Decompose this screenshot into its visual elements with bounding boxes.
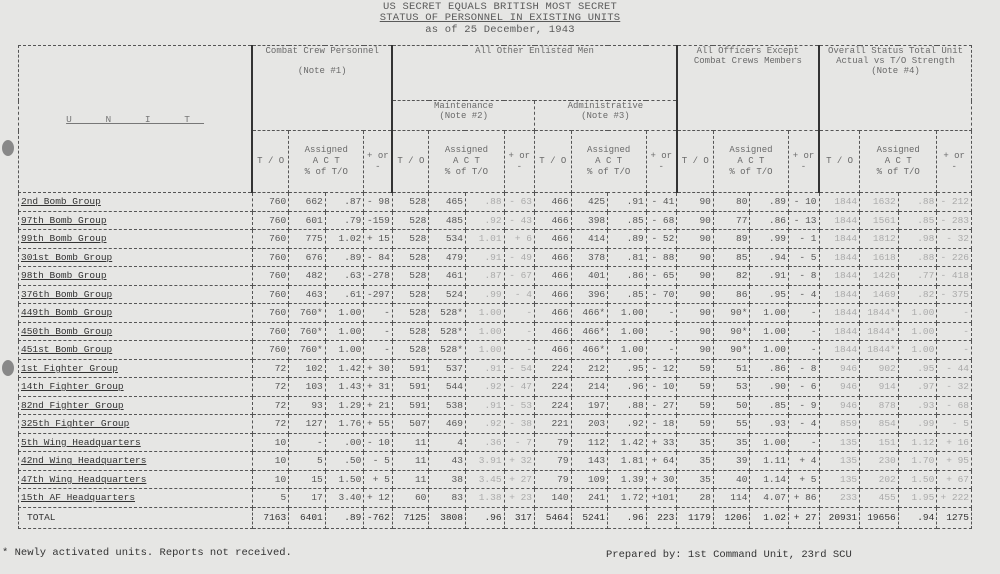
ad-pct-cell: .81 xyxy=(608,248,647,267)
of-to-cell: 59 xyxy=(677,396,714,415)
mt-pct-cell: .99 xyxy=(465,285,504,304)
unit-name: 5th Wing Headquarters xyxy=(19,433,253,452)
ad-diff-cell: - 65 xyxy=(646,267,677,286)
cc-actual-cell: 482 xyxy=(289,267,326,286)
mt-diff-cell: + 23 xyxy=(504,489,534,508)
of-actual-cell: 35 xyxy=(713,433,750,452)
mt-actual-cell: 461 xyxy=(429,267,466,286)
ov-to-cell: 946 xyxy=(819,359,860,378)
document-header: US SECRET EQUALS BRITISH MOST SECRET STA… xyxy=(0,2,1000,36)
cc-actual-cell: 17 xyxy=(289,489,326,508)
ov-assigned-header: AssignedA C T% of T/O xyxy=(860,131,937,193)
cc-actual-cell: 760* xyxy=(289,322,326,341)
mt-pct-cell: .91 xyxy=(465,248,504,267)
table-row: 97th Bomb Group760601.79-159528485.92- 4… xyxy=(19,211,972,230)
cc-to-cell: 760 xyxy=(252,248,289,267)
cc-to-cell: 760 xyxy=(252,193,289,212)
mt-actual-cell: 3808 xyxy=(429,507,466,528)
mt-pct-cell: 3.45 xyxy=(465,470,504,489)
mt-diff-cell: - 43 xyxy=(504,211,534,230)
ov-diff-cell: - 418 xyxy=(937,267,972,286)
cc-to-cell: 10 xyxy=(252,470,289,489)
ad-actual-cell: 112 xyxy=(571,433,608,452)
ad-to-cell: 79 xyxy=(535,470,572,489)
ad-to-cell: 466 xyxy=(535,322,572,341)
ov-actual-cell: 878 xyxy=(860,396,899,415)
ov-diff-cell: - 375 xyxy=(937,285,972,304)
of-to-header: T / O xyxy=(677,131,714,193)
ov-diff-header: + or - xyxy=(937,131,972,193)
ov-to-cell: 1844 xyxy=(819,341,860,360)
ad-to-cell: 466 xyxy=(535,230,572,249)
mt-diff-cell: - 63 xyxy=(504,193,534,212)
ad-pct-cell: .96 xyxy=(608,507,647,528)
cc-pct-cell: .63 xyxy=(325,267,364,286)
ad-diff-cell: - 18 xyxy=(646,415,677,434)
of-actual-cell: 39 xyxy=(713,452,750,471)
unit-name: 42nd Wing Headquarters xyxy=(19,452,253,471)
ad-to-cell: 224 xyxy=(535,359,572,378)
ov-to-cell: 135 xyxy=(819,452,860,471)
mt-to-cell: 11 xyxy=(392,433,429,452)
personnel-status-table: U N I T Combat Crew Personnel(Note #1) A… xyxy=(18,45,972,529)
cc-to-cell: 72 xyxy=(252,359,289,378)
of-to-cell: 59 xyxy=(677,359,714,378)
mt-actual-cell: 537 xyxy=(429,359,466,378)
ad-to-header: T / O xyxy=(535,131,572,193)
ad-to-cell: 466 xyxy=(535,285,572,304)
of-actual-cell: 90* xyxy=(713,322,750,341)
mt-pct-cell: 1.00 xyxy=(465,304,504,323)
of-to-cell: 90 xyxy=(677,230,714,249)
cc-diff-cell: + 21 xyxy=(364,396,392,415)
ov-actual-cell: 1618 xyxy=(860,248,899,267)
cc-diff-cell: -159 xyxy=(364,211,392,230)
of-pct-cell: .86 xyxy=(750,359,789,378)
cc-pct-cell: 1.43 xyxy=(325,378,364,397)
ov-diff-cell: + 222 xyxy=(937,489,972,508)
cc-pct-cell: 1.00 xyxy=(325,322,364,341)
ad-diff-cell: + 30 xyxy=(646,470,677,489)
footnote: * Newly activated units. Reports not rec… xyxy=(2,547,292,559)
cc-diff-cell: + 31 xyxy=(364,378,392,397)
mt-pct-cell: .96 xyxy=(465,507,504,528)
ad-to-cell: 221 xyxy=(535,415,572,434)
mt-to-header: T / O xyxy=(392,131,429,193)
cc-diff-cell: - xyxy=(364,304,392,323)
of-to-cell: 90 xyxy=(677,341,714,360)
table-row: 98th Bomb Group760482.63-278528461.87- 6… xyxy=(19,267,972,286)
ov-diff-cell: - 5 xyxy=(937,415,972,434)
of-diff-cell: - 8 xyxy=(789,267,820,286)
cc-diff-cell: + 12 xyxy=(364,489,392,508)
table-row: 376th Bomb Group760463.61-297528524.99- … xyxy=(19,285,972,304)
cc-pct-cell: .00 xyxy=(325,433,364,452)
cc-actual-cell: 463 xyxy=(289,285,326,304)
ov-diff-cell: + 67 xyxy=(937,470,972,489)
ov-pct-cell: 1.00 xyxy=(898,322,937,341)
cc-pct-cell: 1.02 xyxy=(325,230,364,249)
unit-name: 449th Bomb Group xyxy=(19,304,253,323)
cc-to-cell: 72 xyxy=(252,396,289,415)
mt-actual-cell: 4 xyxy=(429,433,466,452)
of-diff-cell: - 4 xyxy=(789,285,820,304)
cc-to-cell: 5 xyxy=(252,489,289,508)
mt-pct-cell: 1.00 xyxy=(465,322,504,341)
mt-to-cell: 528 xyxy=(392,267,429,286)
of-actual-cell: 86 xyxy=(713,285,750,304)
ad-actual-cell: 466* xyxy=(571,304,608,323)
cc-actual-cell: 601 xyxy=(289,211,326,230)
mt-diff-cell: - 4 xyxy=(504,285,534,304)
ov-to-cell: 1844 xyxy=(819,230,860,249)
ov-to-header: T / O xyxy=(819,131,860,193)
of-diff-cell: + 4 xyxy=(789,452,820,471)
ad-actual-cell: 143 xyxy=(571,452,608,471)
ad-to-cell: 224 xyxy=(535,378,572,397)
ov-diff-cell: + 95 xyxy=(937,452,972,471)
ov-actual-cell: 1844* xyxy=(860,322,899,341)
mt-diff-cell: - 53 xyxy=(504,396,534,415)
ad-diff-cell: - 10 xyxy=(646,378,677,397)
ad-to-cell: 466 xyxy=(535,267,572,286)
punch-hole-top xyxy=(2,140,14,156)
combat-crew-header: Combat Crew Personnel(Note #1) xyxy=(252,46,392,131)
table-row: 5th Wing Headquarters10-.00- 10114.36- 7… xyxy=(19,433,972,452)
table-row: 15th AF Headquarters5173.40+ 1260831.38+… xyxy=(19,489,972,508)
ad-pct-cell: 1.39 xyxy=(608,470,647,489)
of-pct-cell: 1.00 xyxy=(750,433,789,452)
ad-to-cell: 5464 xyxy=(535,507,572,528)
of-to-cell: 90 xyxy=(677,248,714,267)
ov-diff-cell: - xyxy=(937,304,972,323)
ad-diff-cell: - 70 xyxy=(646,285,677,304)
mt-pct-cell: 1.00 xyxy=(465,341,504,360)
of-to-cell: 59 xyxy=(677,415,714,434)
ov-pct-cell: .77 xyxy=(898,267,937,286)
of-actual-cell: 55 xyxy=(713,415,750,434)
cc-to-cell: 10 xyxy=(252,452,289,471)
unit-name: TOTAL xyxy=(19,507,253,528)
ov-to-cell: 1844 xyxy=(819,304,860,323)
ov-to-cell: 1844 xyxy=(819,285,860,304)
mt-pct-cell: 1.01 xyxy=(465,230,504,249)
ad-pct-cell: .86 xyxy=(608,267,647,286)
ov-actual-cell: 902 xyxy=(860,359,899,378)
cc-diff-cell: - 5 xyxy=(364,452,392,471)
maintenance-header: Maintenance(Note #2) xyxy=(392,101,534,131)
mt-to-cell: 7125 xyxy=(392,507,429,528)
ad-actual-cell: 109 xyxy=(571,470,608,489)
ad-to-cell: 466 xyxy=(535,193,572,212)
of-assigned-header: AssignedA C T% of T/O xyxy=(713,131,788,193)
mt-to-cell: 507 xyxy=(392,415,429,434)
of-actual-cell: 80 xyxy=(713,193,750,212)
table-row: 450th Bomb Group760760*1.00-528528*1.00-… xyxy=(19,322,972,341)
of-pct-cell: .90 xyxy=(750,378,789,397)
of-pct-cell: .93 xyxy=(750,415,789,434)
cc-actual-cell: 15 xyxy=(289,470,326,489)
of-diff-cell: - 1 xyxy=(789,230,820,249)
ov-to-cell: 233 xyxy=(819,489,860,508)
prepared-by: Prepared by: 1st Command Unit, 23rd SCU xyxy=(606,549,852,561)
table-row: 14th Fighter Group721031.43+ 31591544.92… xyxy=(19,378,972,397)
ov-pct-cell: .97 xyxy=(898,378,937,397)
of-pct-cell: .99 xyxy=(750,230,789,249)
ad-pct-cell: 1.42 xyxy=(608,433,647,452)
ov-diff-cell: + 16 xyxy=(937,433,972,452)
administrative-header: Administrative(Note #3) xyxy=(535,101,677,131)
mt-to-cell: 528 xyxy=(392,285,429,304)
ov-actual-cell: 854 xyxy=(860,415,899,434)
table-row: 82nd Fighter Group72931.29+ 21591538.91-… xyxy=(19,396,972,415)
overall-status-header: Overall Status Total Unit Actual vs T/O … xyxy=(819,46,971,131)
cc-pct-cell: 1.76 xyxy=(325,415,364,434)
ov-diff-cell: - xyxy=(937,341,972,360)
mt-diff-cell: - 38 xyxy=(504,415,534,434)
ad-to-cell: 140 xyxy=(535,489,572,508)
ov-pct-cell: 1.50 xyxy=(898,470,937,489)
ad-actual-cell: 212 xyxy=(571,359,608,378)
table-row: 99th Bomb Group7607751.02+ 155285341.01+… xyxy=(19,230,972,249)
ov-pct-cell: .93 xyxy=(898,396,937,415)
unit-column-header: U N I T xyxy=(19,46,253,193)
cc-to-cell: 72 xyxy=(252,415,289,434)
ov-actual-cell: 1469 xyxy=(860,285,899,304)
cc-diff-cell: - 10 xyxy=(364,433,392,452)
mt-pct-cell: .36 xyxy=(465,433,504,452)
ad-pct-cell: 1.00 xyxy=(608,322,647,341)
unit-name: 14th Fighter Group xyxy=(19,378,253,397)
ad-to-cell: 466 xyxy=(535,341,572,360)
mt-pct-cell: .91 xyxy=(465,396,504,415)
mt-pct-cell: .92 xyxy=(465,378,504,397)
ad-pct-cell: 1.72 xyxy=(608,489,647,508)
cc-to-header: T / O xyxy=(252,131,289,193)
of-diff-header: + or - xyxy=(789,131,820,193)
unit-name: 82nd Fighter Group xyxy=(19,396,253,415)
cc-actual-cell: 760* xyxy=(289,341,326,360)
mt-diff-cell: + 6 xyxy=(504,230,534,249)
ad-actual-cell: 401 xyxy=(571,267,608,286)
mt-to-cell: 528 xyxy=(392,248,429,267)
ad-pct-cell: 1.81 xyxy=(608,452,647,471)
mt-actual-cell: 538 xyxy=(429,396,466,415)
unit-name: 450th Bomb Group xyxy=(19,322,253,341)
ov-pct-cell: .85 xyxy=(898,211,937,230)
mt-to-cell: 591 xyxy=(392,396,429,415)
unit-name: 2nd Bomb Group xyxy=(19,193,253,212)
ad-pct-cell: .85 xyxy=(608,211,647,230)
ov-actual-cell: 455 xyxy=(860,489,899,508)
of-pct-cell: 1.00 xyxy=(750,304,789,323)
of-diff-cell: - 9 xyxy=(789,396,820,415)
table-row: 1st Fighter Group721021.42+ 30591537.91-… xyxy=(19,359,972,378)
cc-diff-header: + or - xyxy=(364,131,392,193)
mt-actual-cell: 544 xyxy=(429,378,466,397)
of-to-cell: 90 xyxy=(677,193,714,212)
of-pct-cell: 1.11 xyxy=(750,452,789,471)
of-actual-cell: 40 xyxy=(713,470,750,489)
unit-name: 376th Bomb Group xyxy=(19,285,253,304)
cc-pct-cell: 1.42 xyxy=(325,359,364,378)
of-actual-cell: 51 xyxy=(713,359,750,378)
ad-pct-cell: .92 xyxy=(608,415,647,434)
ov-pct-cell: .82 xyxy=(898,285,937,304)
ad-actual-cell: 466* xyxy=(571,341,608,360)
ad-diff-cell: - 41 xyxy=(646,193,677,212)
mt-to-cell: 528 xyxy=(392,193,429,212)
ad-diff-cell: - 68 xyxy=(646,211,677,230)
of-to-cell: 35 xyxy=(677,470,714,489)
cc-actual-cell: 103 xyxy=(289,378,326,397)
mt-to-cell: 528 xyxy=(392,341,429,360)
table-row: 2nd Bomb Group760662.87- 98528465.88- 63… xyxy=(19,193,972,212)
ad-actual-cell: 214 xyxy=(571,378,608,397)
mt-to-cell: 528 xyxy=(392,211,429,230)
of-to-cell: 1179 xyxy=(677,507,714,528)
mt-to-cell: 591 xyxy=(392,359,429,378)
ad-diff-cell: +101 xyxy=(646,489,677,508)
ov-pct-cell: 1.70 xyxy=(898,452,937,471)
mt-diff-cell: - xyxy=(504,341,534,360)
cc-to-cell: 7163 xyxy=(252,507,289,528)
ov-pct-cell: .98 xyxy=(898,230,937,249)
of-diff-cell: - xyxy=(789,304,820,323)
mt-diff-cell: - 67 xyxy=(504,267,534,286)
mt-pct-cell: 3.91 xyxy=(465,452,504,471)
ov-to-cell: 1844 xyxy=(819,322,860,341)
of-pct-cell: 4.07 xyxy=(750,489,789,508)
of-actual-cell: 89 xyxy=(713,230,750,249)
mt-diff-cell: - 47 xyxy=(504,378,534,397)
unit-name: 47th Wing Headquarters xyxy=(19,470,253,489)
of-diff-cell: + 27 xyxy=(789,507,820,528)
ad-diff-cell: - xyxy=(646,304,677,323)
cc-pct-cell: .50 xyxy=(325,452,364,471)
of-diff-cell: - xyxy=(789,433,820,452)
cc-pct-cell: 3.40 xyxy=(325,489,364,508)
mt-to-cell: 528 xyxy=(392,230,429,249)
cc-pct-cell: .89 xyxy=(325,507,364,528)
ad-to-cell: 466 xyxy=(535,304,572,323)
ov-pct-cell: .88 xyxy=(898,248,937,267)
ad-actual-cell: 414 xyxy=(571,230,608,249)
cc-pct-cell: .87 xyxy=(325,193,364,212)
of-to-cell: 59 xyxy=(677,378,714,397)
ad-pct-cell: .89 xyxy=(608,230,647,249)
unit-name: 15th AF Headquarters xyxy=(19,489,253,508)
ad-diff-cell: - xyxy=(646,341,677,360)
cc-actual-cell: - xyxy=(289,433,326,452)
ov-pct-cell: 1.00 xyxy=(898,341,937,360)
ad-pct-cell: .96 xyxy=(608,378,647,397)
mt-actual-cell: 43 xyxy=(429,452,466,471)
of-pct-cell: .89 xyxy=(750,193,789,212)
of-actual-cell: 82 xyxy=(713,267,750,286)
ad-actual-cell: 241 xyxy=(571,489,608,508)
mt-diff-cell: - 54 xyxy=(504,359,534,378)
mt-actual-cell: 465 xyxy=(429,193,466,212)
mt-pct-cell: .88 xyxy=(465,193,504,212)
of-diff-cell: - xyxy=(789,341,820,360)
ad-diff-header: + or - xyxy=(646,131,677,193)
cc-pct-cell: 1.00 xyxy=(325,341,364,360)
mt-actual-cell: 528* xyxy=(429,304,466,323)
cc-to-cell: 760 xyxy=(252,230,289,249)
of-diff-cell: - 13 xyxy=(789,211,820,230)
of-pct-cell: .95 xyxy=(750,285,789,304)
of-diff-cell: - 5 xyxy=(789,248,820,267)
of-diff-cell: - 8 xyxy=(789,359,820,378)
ov-actual-cell: 151 xyxy=(860,433,899,452)
of-to-cell: 35 xyxy=(677,452,714,471)
cc-actual-cell: 93 xyxy=(289,396,326,415)
ad-to-cell: 79 xyxy=(535,433,572,452)
ov-diff-cell: - 212 xyxy=(937,193,972,212)
punch-hole-bottom xyxy=(2,360,14,376)
ov-to-cell: 135 xyxy=(819,470,860,489)
of-actual-cell: 53 xyxy=(713,378,750,397)
of-actual-cell: 114 xyxy=(713,489,750,508)
mt-diff-cell: - xyxy=(504,322,534,341)
ov-diff-cell: - xyxy=(937,322,972,341)
table-row: 325th Fighter Group721271.76+ 55507469.9… xyxy=(19,415,972,434)
ov-to-cell: 946 xyxy=(819,396,860,415)
ov-pct-cell: 1.00 xyxy=(898,304,937,323)
cc-actual-cell: 6401 xyxy=(289,507,326,528)
mt-to-cell: 11 xyxy=(392,470,429,489)
total-row: TOTAL71636401.89-76271253808.96317546452… xyxy=(19,507,972,528)
mt-actual-cell: 485 xyxy=(429,211,466,230)
unit-name: 97th Bomb Group xyxy=(19,211,253,230)
cc-diff-cell: + 55 xyxy=(364,415,392,434)
ov-to-cell: 1844 xyxy=(819,267,860,286)
mt-pct-cell: 1.38 xyxy=(465,489,504,508)
ov-to-cell: 1844 xyxy=(819,248,860,267)
ad-actual-cell: 197 xyxy=(571,396,608,415)
cc-to-cell: 760 xyxy=(252,322,289,341)
of-diff-cell: - xyxy=(789,322,820,341)
table-row: 449th Bomb Group760760*1.00-528528*1.00-… xyxy=(19,304,972,323)
unit-name: 325th Fighter Group xyxy=(19,415,253,434)
ov-diff-cell: - 68 xyxy=(937,396,972,415)
of-to-cell: 90 xyxy=(677,285,714,304)
cc-assigned-header: AssignedA C T% of T/O xyxy=(289,131,364,193)
cc-actual-cell: 5 xyxy=(289,452,326,471)
mt-diff-cell: 317 xyxy=(504,507,534,528)
mt-pct-cell: .87 xyxy=(465,267,504,286)
of-pct-cell: 1.02 xyxy=(750,507,789,528)
cc-pct-cell: 1.29 xyxy=(325,396,364,415)
table-body: 2nd Bomb Group760662.87- 98528465.88- 63… xyxy=(19,193,972,529)
ov-to-cell: 1844 xyxy=(819,211,860,230)
cc-actual-cell: 127 xyxy=(289,415,326,434)
ov-actual-cell: 1426 xyxy=(860,267,899,286)
cc-to-cell: 760 xyxy=(252,304,289,323)
mt-diff-header: + or - xyxy=(504,131,534,193)
ad-diff-cell: - 52 xyxy=(646,230,677,249)
ad-actual-cell: 5241 xyxy=(571,507,608,528)
ad-to-cell: 466 xyxy=(535,248,572,267)
of-actual-cell: 90* xyxy=(713,304,750,323)
ov-diff-cell: - 226 xyxy=(937,248,972,267)
cc-diff-cell: + 15 xyxy=(364,230,392,249)
cc-diff-cell: - 98 xyxy=(364,193,392,212)
mt-actual-cell: 534 xyxy=(429,230,466,249)
cc-actual-cell: 775 xyxy=(289,230,326,249)
table-row: 42nd Wing Headquarters105.50- 511433.91+… xyxy=(19,452,972,471)
